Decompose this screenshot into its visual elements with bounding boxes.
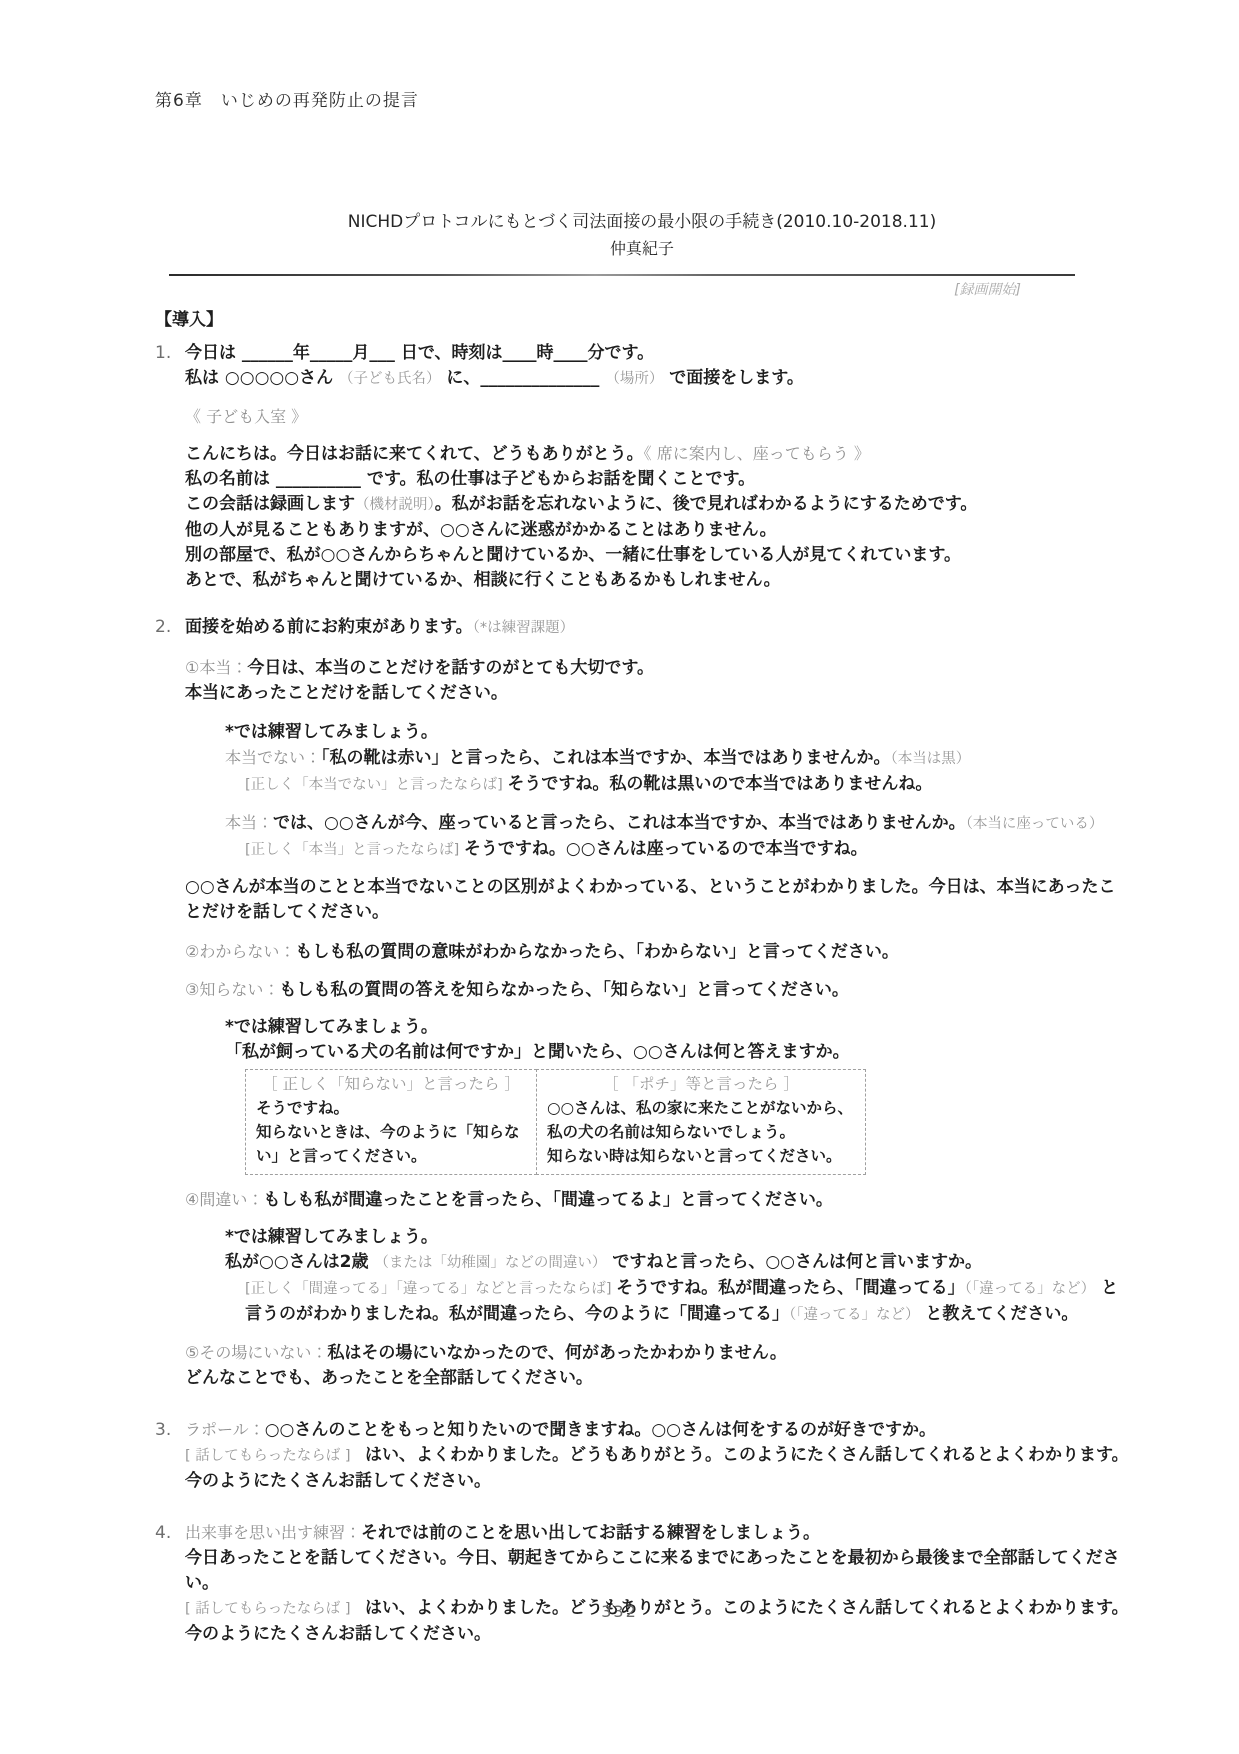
greeting-line4: 他の人が見ることもありますが、○○さんに迷惑がかかることはありません。 — [185, 518, 1129, 543]
item1-line2: 私は ○○○○○さん （子ども氏名） に、______________ （場所）… — [185, 366, 1129, 392]
correct-answer-box-line2: 知らないときは、今のように「知らない」と言ってください。 — [256, 1120, 526, 1168]
page-number: 332 — [0, 1602, 1239, 1621]
practice-intro-3: *では練習してみましょう。 — [225, 1015, 1129, 1040]
age-question: 私が○○さんは2歳 （または「幼稚園」などの間違い） ですねと言ったら、○○さん… — [225, 1250, 1129, 1276]
practice-note: （*は練習課題） — [473, 620, 575, 636]
wrong-answer-box: ［ 「ポチ」等と言ったら ］ ○○さんは、私の家に来たことがないから、私の犬の名… — [536, 1069, 866, 1175]
title-block: NICHDプロトコルにもとづく司法面接の最小限の手続き(2010.10-2018… — [155, 207, 1129, 259]
rule5-block: ⑤その場にいない：私はその場にいなかったので、何があったかわかりません。 どんな… — [155, 1340, 1129, 1391]
correct-answer-box: ［ 正しく「知らない」と言ったら ］ そうですね。 知らないときは、今のように「… — [245, 1069, 537, 1175]
mistake-if-note: [正しく「間違ってる」「違ってる」などと言ったならば] — [245, 1281, 616, 1297]
item3-label: ラポール： — [185, 1420, 265, 1439]
nottrue-response: [正しく「本当でない」と言ったならば] そうですね。私の靴は黒いので本当ではあり… — [245, 772, 1129, 798]
rule1-practice-nottrue: *では練習してみましょう。 本当でない：「私の靴は赤い」と言ったら、これは本当で… — [155, 720, 1129, 798]
wrong-answer-box-line2: 知らない時は知らないと言ってください。 — [547, 1144, 855, 1168]
rule2-label: ②わからない： — [185, 942, 295, 961]
practice-intro-4: *では練習してみましょう。 — [225, 1225, 1129, 1250]
rule1-text2: 本当にあったことだけを話してください。 — [185, 681, 1129, 706]
item3-heading: 3.ラポール：○○さんのことをもっと知りたいので聞きますね。○○さんは何をするの… — [155, 1417, 1129, 1443]
recording-start-note: [録画開始] — [155, 280, 1129, 300]
greeting-line3: この会話は録画します（機材説明）。私がお話を忘れないように、後で見ればわかるよう… — [185, 492, 1129, 518]
item4-heading: 4.出来事を思い出す練習：それでは前のことを思い出してお話する練習をしましょう。 — [155, 1520, 1129, 1546]
equipment-note: （機材説明） — [355, 497, 435, 513]
item3-block: 3.ラポール：○○さんのことをもっと知りたいので聞きますね。○○さんは何をするの… — [155, 1417, 1129, 1494]
greeting-line5: 別の部屋で、私が○○さんからちゃんと聞けているか、一緒に仕事をしている人が見てく… — [185, 543, 1129, 568]
alt-phrase-note1: （「違ってる」など） — [965, 1281, 1096, 1297]
item4-text2: 今日あったことを話してください。今日、朝起きてからここに来るまでにあったことを最… — [185, 1546, 1129, 1596]
rule1-practice-true: 本当：では、○○さんが今、座っていると言ったら、これは本当ですか、本当ではありま… — [155, 810, 1129, 863]
stage-direction-child-enters: 《 子ども入室 》 — [185, 404, 1129, 429]
greeting-paragraph: こんにちは。今日はお話に来てくれて、どうもありがとう。《 席に案内し、座ってもら… — [155, 441, 1129, 593]
item4-label: 出来事を思い出す練習： — [185, 1523, 361, 1542]
rule5-line: ⑤その場にいない：私はその場にいなかったので、何があったかわかりません。 — [185, 1340, 1129, 1366]
item3-number: 3. — [155, 1418, 185, 1443]
item2-number: 2. — [155, 615, 185, 640]
stage-direction-seat: 《 席に案内し、座ってもらう 》 — [644, 444, 870, 463]
place-note: （場所） — [605, 371, 663, 387]
dog-question: 「私が飼っている犬の名前は何ですか」と聞いたら、○○さんは何と答えますか。 — [225, 1040, 1129, 1065]
wrong-answer-box-line1: ○○さんは、私の家に来たことがないから、私の犬の名前は知らないでしょう。 — [547, 1096, 855, 1144]
nottrue-label: 本当でない： — [225, 748, 321, 767]
mistake-example-note: （または「幼稚園」などの間違い） — [374, 1255, 606, 1271]
item3-if-note: [ 話してもらったならば ] — [185, 1448, 365, 1464]
correct-answer-box-header: ［ 正しく「知らない」と言ったら ］ — [256, 1073, 526, 1096]
item1-number: 1. — [155, 341, 185, 366]
nottrue-question: 本当でない：「私の靴は赤い」と言ったら、これは本当ですか、本当ではありませんか。… — [225, 745, 1129, 772]
true-response: [正しく「本当」と言ったならば] そうですね。○○さんは座っているので本当ですね… — [245, 837, 1129, 863]
answer-boxes: ［ 正しく「知らない」と言ったら ］ そうですね。 知らないときは、今のように「… — [245, 1069, 1129, 1175]
true-question: 本当：では、○○さんが今、座っていると言ったら、これは本当ですか、本当ではありま… — [225, 810, 1129, 837]
correct-answer-box-line1: そうですね。 — [256, 1096, 526, 1120]
nottrue-answer-note: （本当は黒） — [891, 751, 971, 767]
rule4-label: ④間違い： — [185, 1190, 263, 1209]
document-title: NICHDプロトコルにもとづく司法面接の最小限の手続き(2010.10-2018… — [155, 207, 1129, 232]
item1-line1: 1.今日は ______年_____月___ 日で、時刻は____時____分で… — [155, 341, 1129, 366]
practice-intro-1: *では練習してみましょう。 — [225, 720, 1129, 745]
document-page: 第6章 いじめの再発防止の提言 NICHDプロトコルにもとづく司法面接の最小限の… — [0, 0, 1239, 1754]
rule4-practice: *では練習してみましょう。 私が○○さんは2歳 （または「幼稚園」などの間違い）… — [155, 1225, 1129, 1328]
greeting-line2: 私の名前は __________ です。私の仕事は子どもからお話を聞くことです。 — [185, 467, 1129, 492]
nottrue-if-note: [正しく「本当でない」と言ったならば] — [245, 777, 507, 793]
rule4-line: ④間違い：もしも私が間違ったことを言ったら、「間違ってるよ」と言ってください。 — [185, 1187, 1129, 1213]
rule1-block: ①本当：今日は、本当のことだけを話すのがとても大切です。 本当にあったことだけを… — [155, 655, 1129, 706]
rule5-label: ⑤その場にいない： — [185, 1343, 327, 1362]
author-name: 仲真紀子 — [155, 236, 1129, 259]
item4-block: 4.出来事を思い出す練習：それでは前のことを思い出してお話する練習をしましょう。… — [155, 1520, 1129, 1647]
item3-response: [ 話してもらったならば ] はい、よくわかりました。どうもありがとう。このよう… — [185, 1443, 1129, 1494]
rule5-text2: どんなことでも、あったことを全部話してください。 — [185, 1366, 1129, 1391]
rule3-line: ③知らない：もしも私の質問の答えを知らなかったら、「知らない」と言ってください。 — [185, 977, 1129, 1003]
rule3-practice: *では練習してみましょう。 「私が飼っている犬の名前は何ですか」と聞いたら、○○… — [155, 1015, 1129, 1065]
true-if-note: [正しく「本当」と言ったならば] — [245, 842, 464, 858]
rule1-summary: ○○さんが本当のことと本当でないことの区別がよくわかっている、ということがわかり… — [185, 875, 1129, 925]
true-label: 本当： — [225, 813, 273, 832]
greeting-line1: こんにちは。今日はお話に来てくれて、どうもありがとう。《 席に案内し、座ってもら… — [185, 441, 1129, 467]
horizontal-rule — [169, 274, 1075, 276]
rule2-line: ②わからない：もしも私の質問の意味がわからなかったら、「わからない」と言ってくだ… — [185, 939, 1129, 965]
true-answer-note: （本当に座っている） — [966, 816, 1104, 832]
rule1-heading: ①本当：今日は、本当のことだけを話すのがとても大切です。 — [185, 655, 1129, 681]
item4-number: 4. — [155, 1521, 185, 1546]
chapter-header: 第6章 いじめの再発防止の提言 — [155, 86, 1129, 111]
child-name-note: （子ども氏名） — [339, 371, 441, 387]
item2-heading: 2.面接を始める前にお約束があります。（*は練習課題） — [155, 615, 1129, 641]
rule3-label: ③知らない： — [185, 980, 279, 999]
alt-phrase-note2: （「違ってる」など） — [789, 1307, 920, 1323]
mistake-response: [正しく「間違ってる」「違ってる」などと言ったならば] そうですね。私が間違った… — [245, 1276, 1129, 1328]
wrong-answer-box-header: ［ 「ポチ」等と言ったら ］ — [547, 1073, 855, 1096]
greeting-line6: あとで、私がちゃんと聞けているか、相談に行くこともあるかもしれません。 — [185, 568, 1129, 593]
intro-heading: 【導入】 — [155, 308, 1129, 333]
rule1-label: ①本当： — [185, 658, 247, 677]
